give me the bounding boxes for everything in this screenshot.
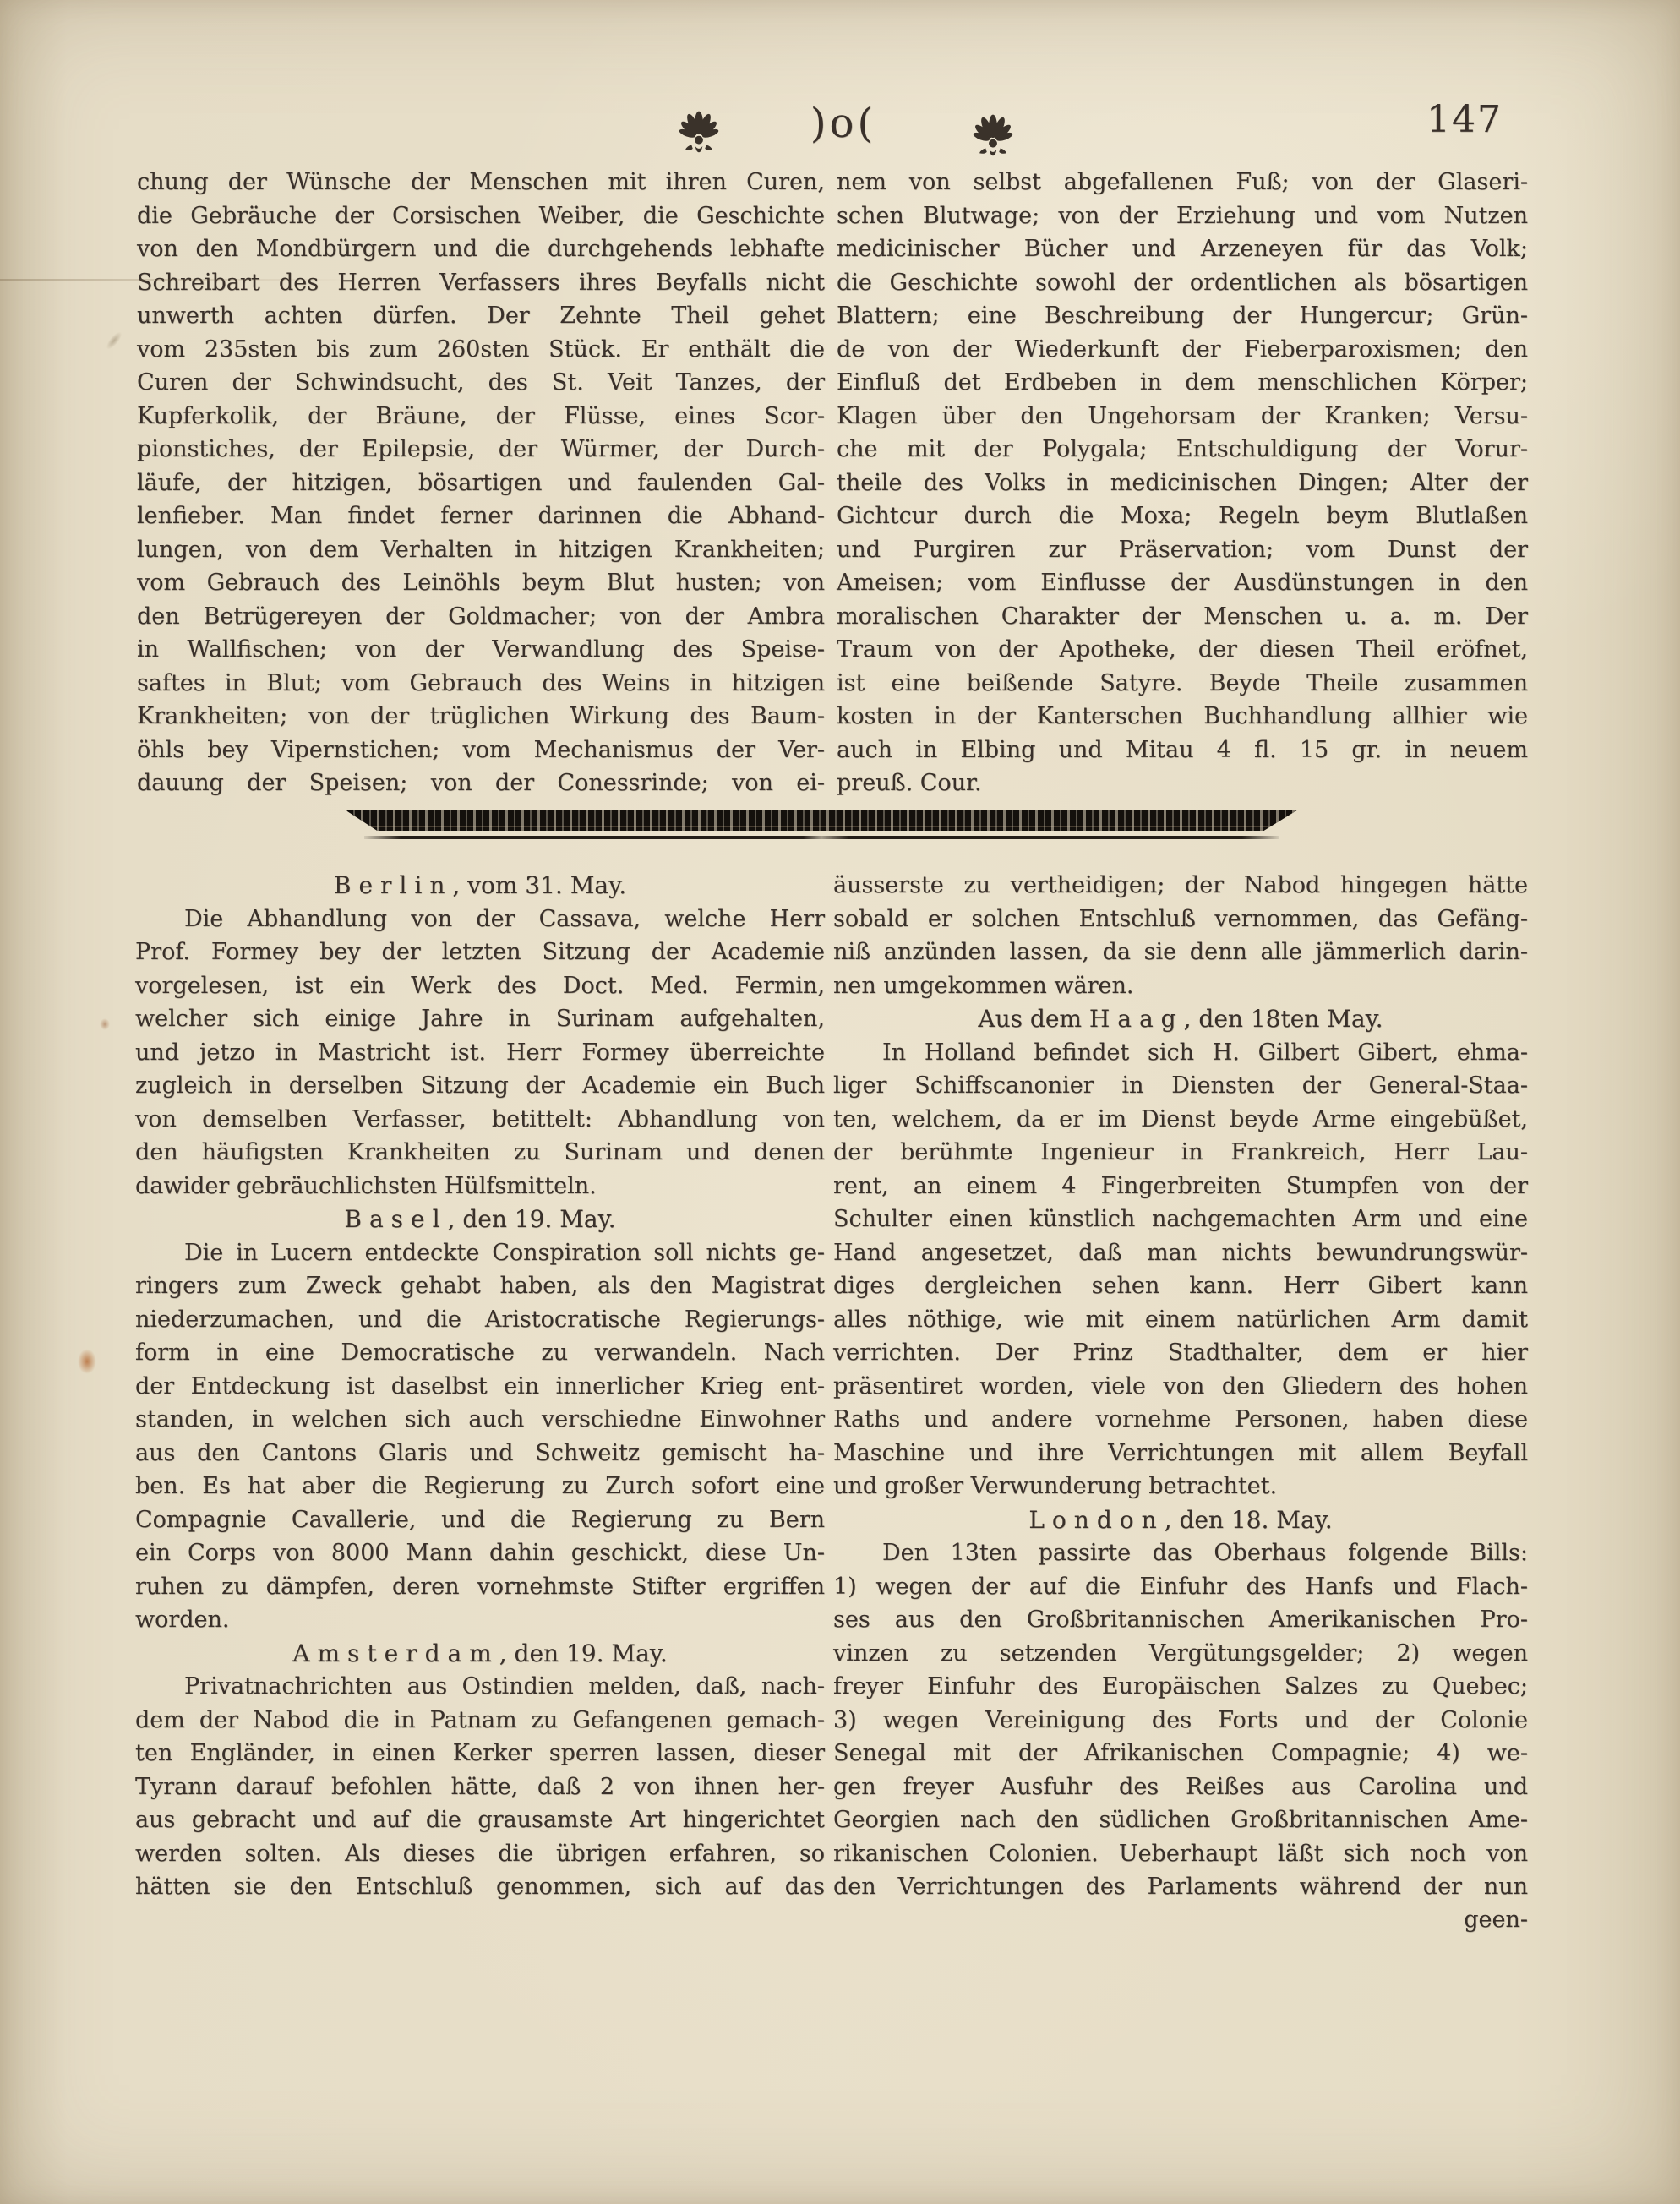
dateline-city: London bbox=[1028, 1506, 1164, 1534]
page-number: 147 bbox=[1410, 98, 1519, 141]
dateline-prefix: Aus dem bbox=[978, 1005, 1088, 1033]
text-line: die Gebräuche der Corsischen Weiber, die… bbox=[137, 199, 825, 233]
text-line: ringers zum Zweck gehabt haben, als den … bbox=[135, 1269, 825, 1303]
text-line: Den 13ten passirte das Oberhaus folgende… bbox=[833, 1536, 1528, 1570]
text-line: kosten in der Kanterschen Buchhandlung a… bbox=[837, 700, 1528, 734]
text-line: ist eine beißende Satyre. Beyde Theile z… bbox=[837, 667, 1528, 701]
rule-bar bbox=[345, 810, 1298, 831]
text-line: Traum von der Apotheke, der diesen Theil… bbox=[837, 633, 1528, 667]
column-left-top: chung der Wünsche der Menschen mit ihren… bbox=[137, 166, 825, 800]
text-line: rikanischen Colonien. Ueberhaupt läßt si… bbox=[833, 1837, 1528, 1871]
text-line: lungen, von dem Verhalten in hitzigen Kr… bbox=[137, 533, 825, 567]
text-line: nem von selbst abgefallenen Fuß; von der… bbox=[837, 166, 1528, 199]
text-line: den häufigsten Krankheiten zu Surinam un… bbox=[135, 1136, 825, 1170]
dateline-city: Amsterdam bbox=[292, 1639, 499, 1667]
text-line: vom Gebrauch des Leinöhls beym Blut hust… bbox=[137, 566, 825, 600]
text-line: Einfluß det Erdbeben in dem menschlichen… bbox=[837, 366, 1528, 400]
text-line: aus den Cantons Glaris und Schweitz gemi… bbox=[135, 1437, 825, 1470]
text-line: zugleich in derselben Sitzung der Academ… bbox=[135, 1069, 825, 1103]
text-line: von den Mondbürgern und die durchgehends… bbox=[137, 232, 825, 266]
dateline-heading: Amsterdam, den 19. May. bbox=[135, 1637, 825, 1671]
signature-mark: )o( bbox=[793, 100, 894, 147]
text-line: nen umgekommen wären. bbox=[833, 969, 1528, 1003]
text-line: und jetzo in Mastricht ist. Herr Formey … bbox=[135, 1036, 825, 1070]
column-left-news: Berlin, vom 31. May.Die Abhandlung von d… bbox=[135, 869, 825, 1904]
text-line: Schreibart des Herren Verfassers ihres B… bbox=[137, 266, 825, 300]
dateline-date: , den 18. May. bbox=[1165, 1506, 1333, 1534]
text-line: Curen der Schwindsucht, des St. Veit Tan… bbox=[137, 366, 825, 400]
text-line: präsentiret worden, viele von den Gliede… bbox=[833, 1370, 1528, 1404]
text-line: 3) wegen Vereinigung des Forts und der C… bbox=[833, 1704, 1528, 1738]
ornamental-rule bbox=[345, 810, 1298, 847]
dateline-heading: Basel, den 19. May. bbox=[135, 1203, 825, 1236]
text-line: Tyrann darauf befohlen hätte, daß 2 von … bbox=[135, 1770, 825, 1804]
text-line: che mit der Polygala; Entschuldigung der… bbox=[837, 433, 1528, 466]
text-line: äusserste zu vertheidigen; der Nabod hin… bbox=[833, 869, 1528, 903]
text-line: alles nöthige, wie mit einem natürlichen… bbox=[833, 1303, 1528, 1337]
text-line: den Verrichtungen des Parlaments während… bbox=[833, 1870, 1528, 1904]
text-line: de von der Wiederkunft der Fieberparoxis… bbox=[837, 333, 1528, 367]
text-line: welcher sich einige Jahre in Surinam auf… bbox=[135, 1002, 825, 1036]
text-line: öhls bey Vipernstichen; vom Mechanismus … bbox=[137, 734, 825, 767]
text-line: in Wallfischen; von der Verwandlung des … bbox=[137, 633, 825, 667]
text-line: pionstiches, der Epilepsie, der Würmer, … bbox=[137, 433, 825, 466]
dateline-city: Basel bbox=[344, 1205, 447, 1233]
text-line: auch in Elbing und Mitau 4 fl. 15 gr. in… bbox=[837, 734, 1528, 767]
text-line: form in eine Democratische zu verwandeln… bbox=[135, 1336, 825, 1370]
paper-crease bbox=[0, 279, 355, 281]
text-line: rent, an einem 4 Fingerbreiten Stumpfen … bbox=[833, 1170, 1528, 1203]
text-line: und großer Verwunderung betrachtet. bbox=[833, 1470, 1528, 1503]
text-line: und Purgiren zur Präservation; vom Dunst… bbox=[837, 533, 1528, 567]
paper-stain bbox=[100, 1018, 110, 1030]
text-line: vom 235sten bis zum 260sten Stück. Er en… bbox=[137, 333, 825, 367]
text-line: saftes in Blut; vom Gebrauch des Weins i… bbox=[137, 667, 825, 701]
text-line: niß anzünden lassen, da sie denn alle jä… bbox=[833, 936, 1528, 969]
column-right-top: nem von selbst abgefallenen Fuß; von der… bbox=[837, 166, 1528, 800]
dateline-heading: Aus dem Haag, den 18ten May. bbox=[833, 1002, 1528, 1036]
text-line: dauung der Speisen; von der Conessrinde;… bbox=[137, 766, 825, 800]
text-line: dem der Nabod die in Patnam zu Gefangene… bbox=[135, 1704, 825, 1738]
text-line: sobald er solchen Entschluß vernommen, d… bbox=[833, 903, 1528, 936]
text-line: Raths und andere vornehme Personen, habe… bbox=[833, 1403, 1528, 1437]
text-line: Georgien nach den südlichen Großbritanni… bbox=[833, 1803, 1528, 1837]
dateline-city: Berlin bbox=[334, 871, 452, 899]
text-line: ben. Es hat aber die Regierung zu Zurch … bbox=[135, 1470, 825, 1503]
text-line: Maschine und ihre Verrichtungen mit alle… bbox=[833, 1437, 1528, 1470]
text-line: In Holland befindet sich H. Gilbert Gibe… bbox=[833, 1036, 1528, 1070]
text-line: standen, in welchen sich auch verschiedn… bbox=[135, 1403, 825, 1437]
text-line: vinzen zu setzenden Vergütungsgelder; 2)… bbox=[833, 1637, 1528, 1671]
text-line: diges dergleichen sehen kann. Herr Giber… bbox=[833, 1269, 1528, 1303]
dateline-date: , den 18ten May. bbox=[1184, 1005, 1383, 1033]
text-line: Die in Lucern entdeckte Conspiration sol… bbox=[135, 1236, 825, 1270]
text-line: Senegal mit der Afrikanischen Compagnie;… bbox=[833, 1737, 1528, 1770]
dateline-city: Haag bbox=[1089, 1005, 1184, 1033]
text-line: verrichten. Der Prinz Stadthalter, dem e… bbox=[833, 1336, 1528, 1370]
catchword: geen- bbox=[833, 1907, 1533, 1933]
text-line: Krankheiten; von der trüglichen Wirkung … bbox=[137, 700, 825, 734]
text-line: den Betrügereyen der Goldmacher; von der… bbox=[137, 600, 825, 634]
text-line: der berühmte Ingenieur in Frankreich, He… bbox=[833, 1136, 1528, 1170]
text-line: theile des Volks in medicinischen Dingen… bbox=[837, 466, 1528, 500]
text-line: ses aus den Großbritannischen Amerikanis… bbox=[833, 1603, 1528, 1637]
text-line: worden. bbox=[135, 1603, 825, 1637]
text-line: niederzumachen, und die Aristocratische … bbox=[135, 1303, 825, 1337]
text-line: Klagen über den Ungehorsam der Kranken; … bbox=[837, 400, 1528, 434]
text-line: die Geschichte sowohl der ordentlichen a… bbox=[837, 266, 1528, 300]
text-line: von demselben Verfasser, betittelt: Abha… bbox=[135, 1103, 825, 1137]
text-line: Prof. Formey bey der letzten Sitzung der… bbox=[135, 936, 825, 969]
text-line: werden solten. Als dieses die übrigen er… bbox=[135, 1837, 825, 1871]
text-line: vorgelesen, ist ein Werk des Doct. Med. … bbox=[135, 969, 825, 1003]
text-line: aus gebracht und auf die grausamste Art … bbox=[135, 1803, 825, 1837]
dateline-heading: London, den 18. May. bbox=[833, 1503, 1528, 1537]
text-line: ten Engländer, in einen Kerker sperren l… bbox=[135, 1737, 825, 1770]
text-line: Ameisen; vom Einflusse der Ausdünstungen… bbox=[837, 566, 1528, 600]
text-line: gen freyer Ausfuhr des Reißes aus Caroli… bbox=[833, 1770, 1528, 1804]
palmette-ornament-icon bbox=[674, 108, 723, 157]
text-line: Die Abhandlung von der Cassava, welche H… bbox=[135, 903, 825, 936]
newspaper-page: )o( 147 chung der Wünsche der Menschen m… bbox=[0, 0, 1680, 2204]
paper-stain bbox=[104, 330, 124, 352]
text-line: schen Blutwage; von der Erziehung und vo… bbox=[837, 199, 1528, 233]
column-right-news: äusserste zu vertheidigen; der Nabod hin… bbox=[833, 869, 1528, 1904]
text-line: der Entdeckung ist daselbst ein innerlic… bbox=[135, 1370, 825, 1404]
text-line: Hand angesetzet, daß man nichts bewundru… bbox=[833, 1236, 1528, 1270]
text-line: chung der Wünsche der Menschen mit ihren… bbox=[137, 166, 825, 199]
text-line: Compagnie Cavallerie, und die Regierung … bbox=[135, 1503, 825, 1537]
text-line: medicinischer Bücher und Arzeneyen für d… bbox=[837, 232, 1528, 266]
rule-underline bbox=[364, 836, 1279, 839]
text-line: preuß. Cour. bbox=[837, 766, 1528, 800]
text-line: liger Schiffscanonier in Diensten der Ge… bbox=[833, 1069, 1528, 1103]
text-line: ein Corps von 8000 Mann dahin geschickt,… bbox=[135, 1536, 825, 1570]
text-line: dawider gebräuchlichsten Hülfsmitteln. bbox=[135, 1170, 825, 1203]
text-line: unwerth achten dürfen. Der Zehnte Theil … bbox=[137, 299, 825, 333]
text-line: Privatnachrichten aus Ostindien melden, … bbox=[135, 1670, 825, 1704]
text-line: hätten sie den Entschluß genommen, sich … bbox=[135, 1870, 825, 1904]
text-line: moralischen Charakter der Menschen u. a.… bbox=[837, 600, 1528, 634]
text-line: läufe, der hitzigen, bösartigen und faul… bbox=[137, 466, 825, 500]
text-line: Gichtcur durch die Moxa; Regeln beym Blu… bbox=[837, 499, 1528, 533]
text-line: freyer Einfuhr des Europäischen Salzes z… bbox=[833, 1670, 1528, 1704]
dateline-date: , den 19. May. bbox=[448, 1205, 616, 1233]
text-line: lenfieber. Man findet ferner darinnen di… bbox=[137, 499, 825, 533]
text-line: Schulter einen künstlich nachgemachten A… bbox=[833, 1203, 1528, 1236]
dateline-date: , den 19. May. bbox=[499, 1639, 668, 1667]
text-line: Kupferkolik, der Bräune, der Flüsse, ein… bbox=[137, 400, 825, 434]
paper-stain bbox=[78, 1349, 96, 1374]
palmette-ornament-icon bbox=[968, 112, 1017, 161]
text-line: ruhen zu dämpfen, deren vornehmste Stift… bbox=[135, 1570, 825, 1604]
text-line: ten, welchem, da er im Dienst beyde Arme… bbox=[833, 1103, 1528, 1137]
dateline-heading: Berlin, vom 31. May. bbox=[135, 869, 825, 903]
text-line: 1) wegen der auf die Einfuhr des Hanfs u… bbox=[833, 1570, 1528, 1604]
dateline-date: , vom 31. May. bbox=[452, 871, 626, 899]
text-line: Blattern; eine Beschreibung der Hungercu… bbox=[837, 299, 1528, 333]
